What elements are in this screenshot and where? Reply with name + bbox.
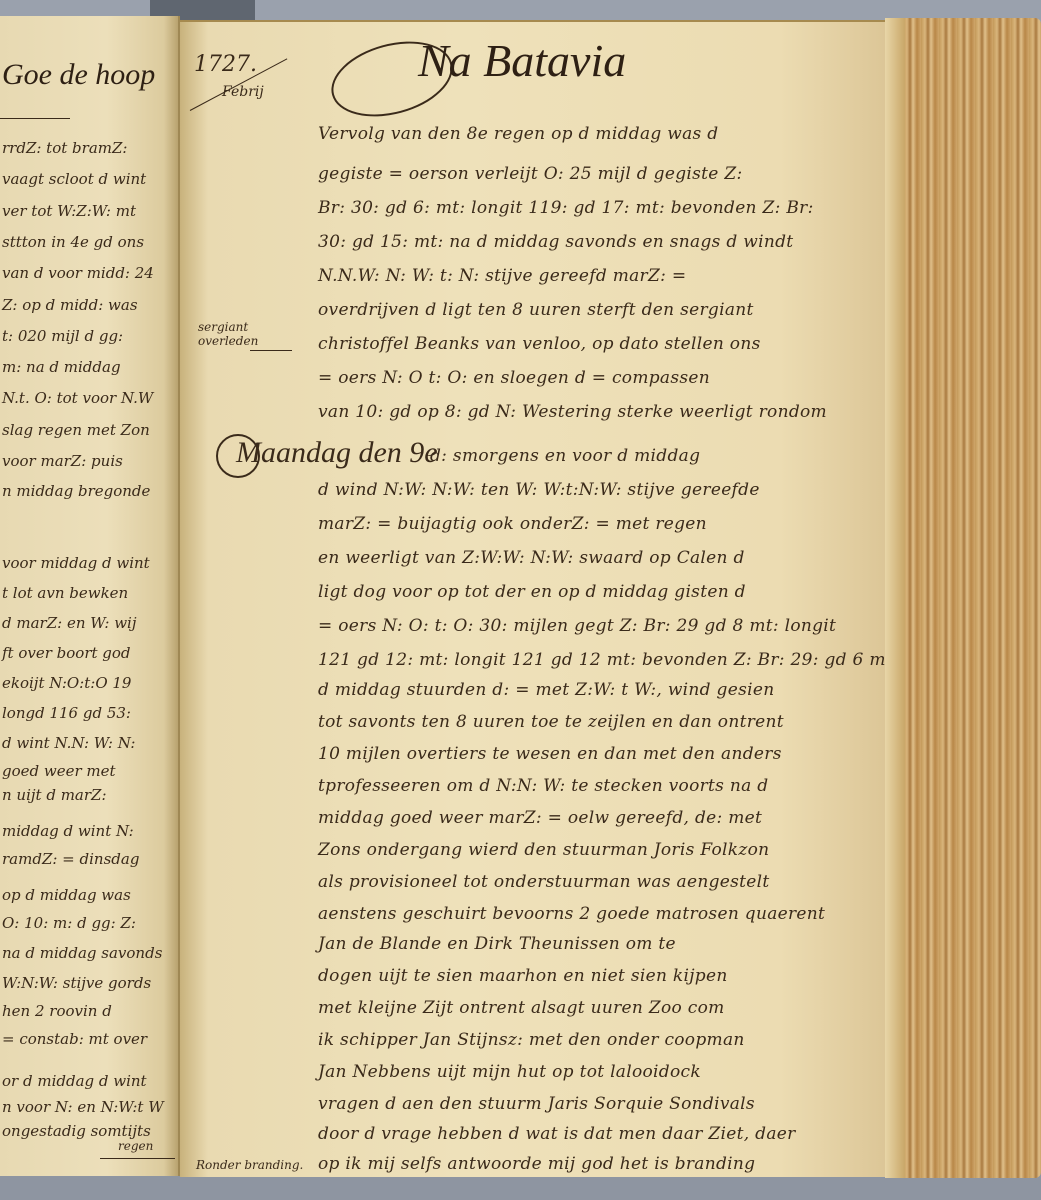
left-line: vaagt scloot d wint bbox=[2, 170, 146, 188]
left-line: sttton in 4e gd ons bbox=[2, 233, 144, 251]
log-line: N.N.W: N: W: t: N: stijve gereefd marZ: … bbox=[318, 266, 686, 286]
log-line: middag goed weer marZ: = oelw gereefd, d… bbox=[318, 808, 762, 828]
left-line: ekoijt N:O:t:O 19 bbox=[2, 674, 131, 692]
page-title: Na Batavia bbox=[418, 34, 626, 87]
left-line: N.t. O: tot voor N.W bbox=[2, 389, 153, 407]
log-line: Br: 30: gd 6: mt: longit 119: gd 17: mt:… bbox=[318, 198, 814, 218]
left-line: ver tot W:Z:W: mt bbox=[2, 202, 136, 220]
log-line: overdrijven d ligt ten 8 uuren sterft de… bbox=[318, 300, 754, 320]
margin-note-branding: Ronder branding. bbox=[196, 1158, 316, 1172]
log-line: Jan Nebbens uijt mijn hut op tot lalooid… bbox=[318, 1062, 701, 1082]
log-line: marZ: = buijagtig ook onderZ: = met rege… bbox=[318, 514, 707, 534]
left-line: Z: op d midd: was bbox=[2, 296, 138, 314]
left-line: = constab: mt over bbox=[2, 1030, 147, 1048]
log-line: d middag stuurden d: = met Z:W: t W:, wi… bbox=[318, 680, 774, 700]
log-line-continued: d: smorgens en voor d middag bbox=[430, 446, 700, 466]
left-line: n voor N: en N:W:t W bbox=[2, 1098, 164, 1116]
left-line: W:N:W: stijve gords bbox=[2, 974, 151, 992]
left-line: or d middag d wint bbox=[2, 1072, 147, 1090]
log-line: met kleijne Zijt ontrent alsagt uuren Zo… bbox=[318, 998, 725, 1018]
log-line: Zons ondergang wierd den stuurman Joris … bbox=[318, 840, 769, 860]
left-line: d wint N.N: W: N: bbox=[2, 734, 135, 752]
log-line: ligt dog voor op tot der en op d middag … bbox=[318, 582, 746, 602]
left-line: voor middag d wint bbox=[2, 554, 150, 572]
log-line: 10 mijlen overtiers te wesen en dan met … bbox=[318, 744, 782, 764]
left-line: op d middag was bbox=[2, 886, 131, 904]
log-line: van 10: gd op 8: gd N: Westering sterke … bbox=[318, 402, 827, 422]
margin-note-rule bbox=[250, 350, 292, 351]
backdrop-bottom bbox=[0, 1175, 1041, 1200]
page-edge-shade bbox=[885, 18, 905, 1178]
log-line: Vervolg van den 8e regen op d middag was… bbox=[318, 124, 718, 144]
signature-rule bbox=[100, 1158, 175, 1159]
right-page: 1727. Febrij Na Batavia Vervolg van den … bbox=[180, 20, 885, 1177]
left-line: n uijt d marZ: bbox=[2, 786, 107, 804]
heading-rule bbox=[0, 118, 70, 119]
log-line: als provisioneel tot onderstuurman was a… bbox=[318, 872, 770, 892]
left-line: voor marZ: puis bbox=[2, 452, 123, 470]
left-line: O: 10: m: d gg: Z: bbox=[2, 914, 136, 932]
log-line: Jan de Blande en Dirk Theunissen om te bbox=[318, 934, 676, 954]
log-line: aenstens geschuirt bevoorns 2 goede matr… bbox=[318, 904, 825, 924]
log-line: tot savonts ten 8 uuren toe te zeijlen e… bbox=[318, 712, 784, 732]
log-line: dogen uijt te sien maarhon en niet sien … bbox=[318, 966, 728, 986]
year-label: 1727. bbox=[194, 52, 257, 77]
day-heading: Maandag den 9e bbox=[236, 436, 438, 470]
left-line: m: na d middag bbox=[2, 358, 121, 376]
left-line: na d middag savonds bbox=[2, 944, 162, 962]
log-line: gegiste = oerson verleijt O: 25 mijl d g… bbox=[318, 164, 742, 184]
left-page: Goe de hoop rrdZ: tot bramZ: vaagt scloo… bbox=[0, 16, 180, 1176]
left-page-heading: Goe de hoop bbox=[2, 58, 155, 92]
page-fore-edge bbox=[885, 18, 1041, 1178]
log-line: ik schipper Jan Stijnsz: met den onder c… bbox=[318, 1030, 745, 1050]
margin-note-sergeant: sergiant overleden bbox=[198, 320, 278, 348]
log-line: door d vrage hebben d wat is dat men daa… bbox=[318, 1124, 796, 1144]
log-line: 30: gd 15: mt: na d middag savonds en sn… bbox=[318, 232, 793, 252]
log-line: tprofesseeren om d N:N: W: te stecken vo… bbox=[318, 776, 768, 796]
left-line: middag d wint N: bbox=[2, 822, 134, 840]
left-line: slag regen met Zon bbox=[2, 421, 150, 439]
month-label: Febrij bbox=[222, 84, 264, 100]
log-line: = oers N: O: t: O: 30: mijlen gegt Z: Br… bbox=[318, 616, 836, 636]
log-line: vragen d aen den stuurm Jaris Sorquie So… bbox=[318, 1094, 755, 1114]
left-line: longd 116 gd 53: bbox=[2, 704, 131, 722]
left-line: t: 020 mijl d gg: bbox=[2, 327, 123, 345]
log-line: op ik mij selfs antwoorde mij god het is… bbox=[318, 1154, 755, 1174]
log-line: d wind N:W: N:W: ten W: W:t:N:W: stijve … bbox=[318, 480, 760, 500]
log-line: en weerligt van Z:W:W: N:W: swaard op Ca… bbox=[318, 548, 745, 568]
left-line: ft over boort god bbox=[2, 644, 131, 662]
left-line: rrdZ: tot bramZ: bbox=[2, 139, 127, 157]
left-line: ongestadig somtijts bbox=[2, 1122, 151, 1140]
log-line: = oers N: O t: O: en sloegen d = compass… bbox=[318, 368, 710, 388]
left-line: hen 2 roovin d bbox=[2, 1002, 112, 1020]
left-line: ramdZ: = dinsdag bbox=[2, 850, 139, 868]
log-line: 121 gd 12: mt: longit 121 gd 12 mt: bevo… bbox=[318, 650, 885, 670]
left-line: t lot avn bewken bbox=[2, 584, 128, 602]
left-line: van d voor midd: 24 bbox=[2, 264, 154, 282]
left-page-signature: regen bbox=[118, 1139, 153, 1153]
left-line: n middag bregonde bbox=[2, 482, 150, 500]
log-line: christoffel Beanks van venloo, op dato s… bbox=[318, 334, 761, 354]
left-line: goed weer met bbox=[2, 762, 116, 780]
left-line: d marZ: en W: wij bbox=[2, 614, 136, 632]
